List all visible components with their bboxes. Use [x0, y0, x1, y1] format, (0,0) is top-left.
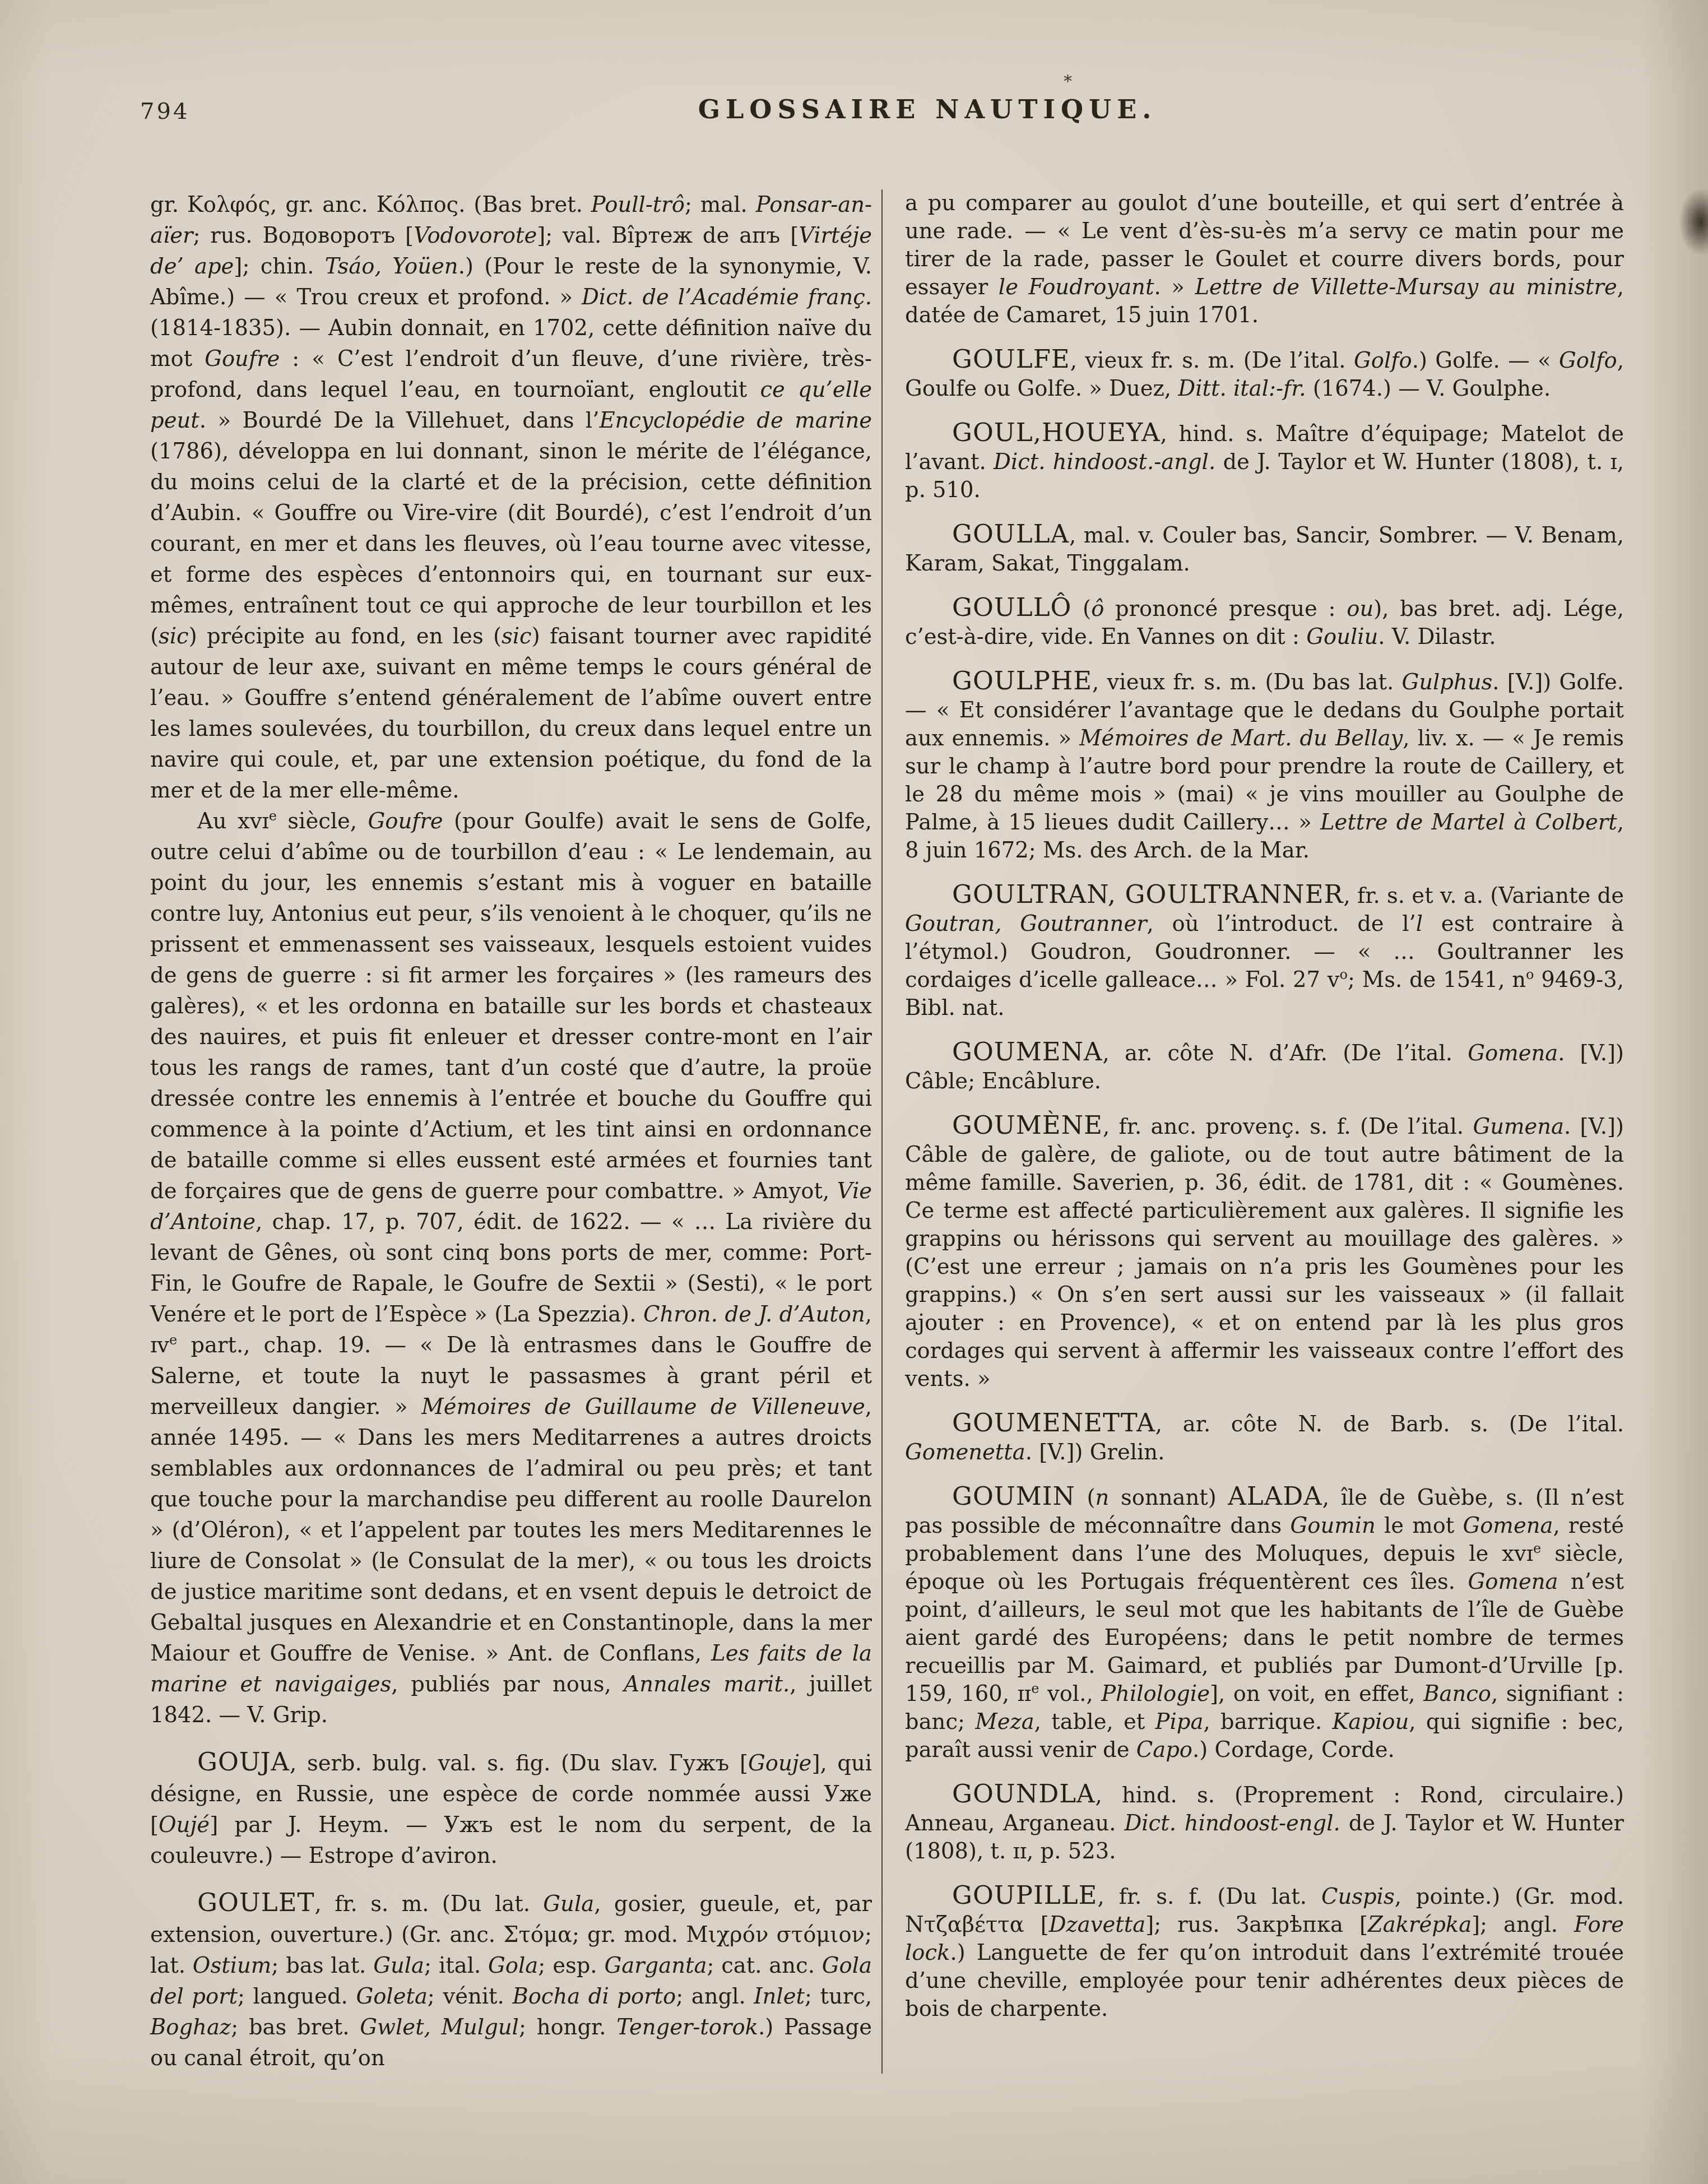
text-run: Gula	[373, 1953, 424, 1978]
text-run: Cuspis	[1321, 1884, 1395, 1909]
text-run: vol.,	[1039, 1681, 1101, 1707]
text-run: . [V.]) Grelin.	[1025, 1440, 1165, 1465]
left-column: gr. Κολφός, gr. anc. Κόλπος. (Bas bret. …	[150, 189, 872, 2074]
text-run: Tenger-torok	[616, 2015, 758, 2040]
text-run: ; rus. Водоворотъ [	[193, 223, 414, 248]
text-run: ) précipite au fond, en les (	[189, 624, 502, 649]
text-run: ], on voit, en effet,	[1210, 1681, 1423, 1707]
text-run: ; esp.	[538, 1953, 604, 1978]
title-ornament-mark: *	[1064, 72, 1072, 91]
text-run: (1786), développa en lui donnant, sinon …	[150, 439, 872, 649]
headword: ALADA	[1228, 1481, 1322, 1511]
text-run: Dzavetta	[1049, 1912, 1146, 1937]
text-run: Lettre de Villette-Mursay au ministre	[1195, 275, 1617, 300]
headword: GOUMÈNE	[952, 1110, 1103, 1140]
text-run: , vieux fr. s. m. (Du bas lat.	[1092, 670, 1401, 695]
headword: GOULLÔ	[952, 592, 1071, 622]
text-run: , année 1495. — « Dans les mers Meditarr…	[150, 1394, 872, 1666]
text-run: ; vénit.	[428, 1984, 513, 2009]
text-run: Goleta	[356, 1984, 427, 2009]
text-run: Encyclopédie de marine	[599, 408, 872, 433]
text-run: (1674.) — V. Goulphe.	[1306, 376, 1551, 401]
text-run: Meza	[975, 1709, 1034, 1735]
column-divider-rule	[881, 189, 883, 2074]
text-run: Philologie	[1101, 1681, 1210, 1707]
text-run: Goufre	[368, 809, 443, 834]
text-run: Dict. hindoost.-angl.	[994, 449, 1215, 475]
text-run: (pour Goulfe) avait le sens de Golfe, ou…	[150, 809, 872, 1204]
text-run: Chron. de J. d’Auton	[643, 1302, 865, 1327]
two-column-text-block: gr. Κολφός, gr. anc. Κόλπος. (Bas bret. …	[150, 189, 1624, 2074]
scanned-dictionary-page: { "page": { "number": "794", "running_ti…	[0, 0, 1708, 2184]
headword: GOULTRAN, GOULTRANNER	[952, 879, 1343, 909]
headword: GOUPILLE	[952, 1880, 1097, 1910]
text-run: Gomena	[1468, 1569, 1558, 1594]
text-run: , barrique.	[1203, 1709, 1332, 1735]
text-run: ]; rus. Закрѣпка [	[1145, 1912, 1368, 1937]
entry-gouja: GOUJA, serb. bulg. val. s. fig. (Du slav…	[150, 1746, 872, 1871]
text-run: sic	[502, 624, 532, 649]
text-run: ; turc,	[805, 1984, 872, 2009]
text-run: Zakrépka	[1368, 1912, 1472, 1937]
text-run: ; Ms. de 1541, n	[1348, 967, 1526, 993]
page-background: 794 GLOSSAIRE NAUTIQUE. * gr. Κολφός, gr…	[0, 0, 1708, 2184]
text-run: .) Languette de fer qu’on introduit dans…	[905, 1940, 1624, 2021]
text-run: ; bas bret.	[231, 2015, 360, 2040]
text-run: , publiés par nous,	[391, 1672, 624, 1697]
text-run: Banco	[1423, 1681, 1491, 1707]
page-edge-smudge	[1679, 188, 1708, 256]
text-run: Poull-trô	[591, 192, 685, 217]
text-run: ] par J. Heym. — Ужъ est le nom du serpe…	[150, 1812, 872, 1868]
text-run: , ar. côte N. d’Afr. (De l’ital.	[1103, 1041, 1468, 1066]
entry-goulla: GOULLA, mal. v. Couler bas, Sancir, Somb…	[905, 520, 1624, 578]
text-run: Gwlet, Mulgul	[360, 2015, 519, 2040]
text-run: siècle,	[277, 809, 368, 834]
text-run: Vodovorote	[414, 223, 537, 248]
text-run: Gula	[543, 1891, 594, 1917]
text-run: prononcé presque :	[1104, 596, 1347, 622]
text-run: ]; chin.	[234, 254, 324, 279]
text-run: .) Cordage, Corde.	[1192, 1737, 1395, 1763]
text-run: Oujé	[159, 1812, 210, 1838]
text-run: . » Bourdé De la Villehuet, dans l’	[199, 408, 600, 433]
text-run: Mémoires de Mart. du Bellay	[1079, 726, 1403, 751]
headword: GOULET	[197, 1888, 315, 1917]
text-run: (	[1075, 1485, 1096, 1510]
text-run: ]; val. Вîртеж de апъ [	[537, 223, 799, 248]
text-run: (	[1071, 596, 1091, 622]
headword: GOUMENA	[952, 1037, 1103, 1067]
text-run: , serb. bulg. val. s. fig. (Du slav. Гуж…	[290, 1751, 748, 1776]
text-run: e	[269, 808, 277, 824]
text-run: e	[1031, 1681, 1039, 1696]
entry-goulfe: GOULFE, vieux fr. s. m. (De l’ital. Golf…	[905, 345, 1624, 403]
text-run: le mot	[1376, 1513, 1463, 1538]
headword: GOUMENETTA	[952, 1408, 1155, 1438]
text-run: ou	[1347, 596, 1373, 622]
text-run: Goufre	[205, 346, 280, 372]
text-run: o	[1526, 967, 1534, 982]
entry-goullô: GOULLÔ (ô prononcé presque : ou), bas br…	[905, 593, 1624, 651]
text-run: Goumin	[1290, 1513, 1375, 1538]
text-run: Gomena	[1463, 1513, 1553, 1538]
text-run: Gola	[488, 1953, 538, 1978]
text-run: ô	[1091, 596, 1104, 622]
text-run: Boghaz	[150, 2015, 231, 2040]
text-run: Bocha di porto	[512, 1984, 676, 2009]
text-run: Ostium	[193, 1953, 271, 1978]
entry-goupille: GOUPILLE, fr. s. f. (Du lat. Cuspis, poi…	[905, 1881, 1624, 2023]
text-run: n	[1096, 1485, 1110, 1510]
text-run: Ditt. ital:-fr.	[1178, 376, 1306, 401]
entry-goundla: GOUNDLA, hind. s. (Proprement : Rond, ci…	[905, 1780, 1624, 1866]
text-run: ; cat. anc.	[707, 1953, 821, 1978]
text-run: Lettre de Martel à Colbert	[1320, 810, 1617, 835]
entry-goumin: GOUMIN (n sonnant) ALADA, île de Guèbe, …	[905, 1482, 1624, 1764]
continuation-paragraph: a pu comparer au goulot d’une bouteille,…	[905, 189, 1624, 330]
text-run: l	[1416, 911, 1423, 936]
text-run: , fr. anc. provenç. s. f. (De l’ital.	[1103, 1114, 1473, 1139]
text-run: ; angl.	[676, 1984, 754, 2009]
headword: GOULLA	[952, 519, 1069, 549]
entry-goul-houeya: GOUL,HOUEYA, hind. s. Maître d’équipage;…	[905, 419, 1624, 504]
headword: GOUL,HOUEYA	[952, 418, 1161, 447]
text-run: , table, et	[1034, 1709, 1155, 1735]
text-run: Inlet	[754, 1984, 805, 2009]
text-run: Goutran, Goutranner	[905, 911, 1147, 936]
text-run: Annales marit.	[624, 1672, 790, 1697]
continuation-paragraph: gr. Κολφός, gr. anc. Κόλπος. (Bas bret. …	[150, 189, 872, 806]
headword: GOULPHE	[952, 666, 1092, 695]
text-run: , fr. s. et v. a. (Variante de	[1343, 883, 1624, 908]
headword: GOUMIN	[952, 1481, 1075, 1511]
headword: GOUJA	[197, 1747, 290, 1777]
text-run: , vieux fr. s. m. (De l’ital.	[1070, 348, 1354, 373]
text-run: Dict. de l’Académie franç.	[582, 285, 872, 310]
text-run: , où l’introduct. de l’	[1147, 911, 1416, 936]
text-run: . [V.]) Câble de galère, de galiote, ou …	[905, 1114, 1624, 1392]
text-run: .) Golfe. — «	[1412, 348, 1559, 373]
text-run: Gouje	[748, 1751, 811, 1776]
text-run: , fr. s. f. (Du lat.	[1097, 1884, 1321, 1909]
text-run: Golfo	[1559, 348, 1617, 373]
running-title: GLOSSAIRE NAUTIQUE.	[0, 94, 1708, 124]
text-run: e	[1533, 1541, 1541, 1556]
text-run: Gumena	[1473, 1114, 1564, 1139]
text-run: Mémoires de Guillaume de Villeneuve	[421, 1394, 865, 1420]
text-run: Gouliu	[1306, 624, 1378, 650]
text-run: Pipa	[1155, 1709, 1204, 1735]
entry-goulphe: GOULPHE, vieux fr. s. m. (Du bas lat. Gu…	[905, 667, 1624, 865]
headword: GOULFE	[952, 344, 1070, 374]
entry-goultran-goultranner: GOULTRAN, GOULTRANNER, fr. s. et v. a. (…	[905, 880, 1624, 1022]
text-run: ; mal.	[685, 192, 756, 217]
text-run: ; bas lat.	[271, 1953, 373, 1978]
text-run: Garganta	[604, 1953, 707, 1978]
entry-goumenetta: GOUMENETTA, ar. côte N. de Barb. s. (De …	[905, 1409, 1624, 1467]
text-run: ; langued.	[238, 1984, 356, 2009]
text-run: Gomenetta	[905, 1440, 1025, 1465]
text-run: Gulphus	[1401, 670, 1492, 695]
text-run: . V. Dilastr.	[1378, 624, 1496, 650]
entry-goulet: GOULET, fr. s. m. (Du lat. Gula, gosier,…	[150, 1887, 872, 2074]
text-run: ; hongr.	[519, 2015, 616, 2040]
text-run: gr. Κολφός, gr. anc. Κόλπος. (Bas bret.	[150, 192, 591, 217]
text-run: Dict. hindoost-engl.	[1124, 1811, 1340, 1836]
text-run: Capo	[1136, 1737, 1192, 1763]
text-run: ; ital.	[424, 1953, 488, 1978]
entry-goumène: GOUMÈNE, fr. anc. provenç. s. f. (De l’i…	[905, 1111, 1624, 1393]
text-run: Kapiou	[1333, 1709, 1409, 1735]
entry-goumena: GOUMENA, ar. côte N. d’Afr. (De l’ital. …	[905, 1038, 1624, 1096]
text-run: e	[169, 1332, 177, 1348]
text-run: Gomena	[1468, 1041, 1558, 1066]
text-run: ) faisant tourner avec rapidité autour d…	[150, 624, 872, 803]
text-run: sic	[159, 624, 189, 649]
text-run: , ar. côte N. de Barb. s. (De l’ital.	[1155, 1412, 1624, 1437]
text-run: le Foudroyant	[999, 275, 1154, 300]
right-column: a pu comparer au goulot d’une bouteille,…	[905, 189, 1624, 2074]
headword: GOUNDLA	[952, 1779, 1096, 1809]
text-run: o	[1339, 967, 1347, 982]
text-run: Golfo	[1354, 348, 1412, 373]
continuation-paragraph: Au xvɪe siècle, Goufre (pour Goulfe) ava…	[150, 806, 872, 1731]
text-run: . »	[1154, 275, 1195, 300]
text-run: ]; angl.	[1472, 1912, 1574, 1937]
text-run: , fr. s. m. (Du lat.	[315, 1891, 544, 1917]
text-run: Tsáo, Yoüen	[325, 254, 458, 279]
text-run: Au xvɪ	[197, 809, 269, 834]
text-run: sonnant)	[1109, 1485, 1228, 1510]
